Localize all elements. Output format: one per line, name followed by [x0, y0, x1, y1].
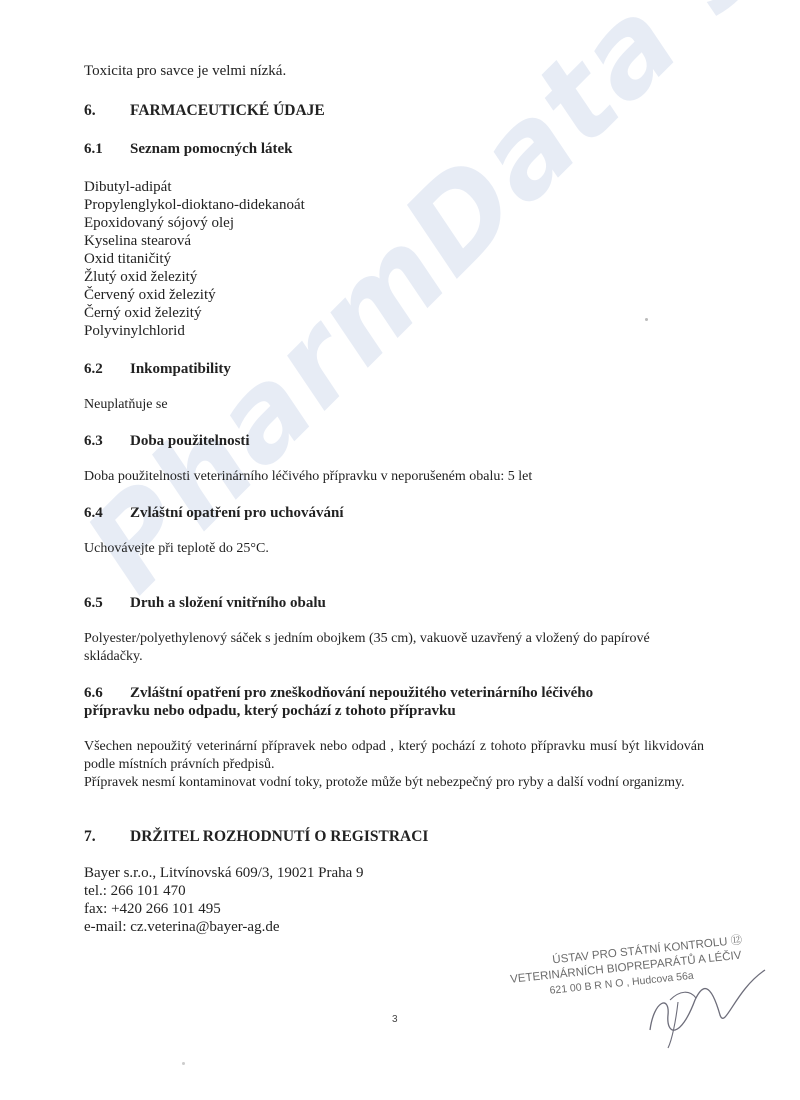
- section-title: Druh a složení vnitřního obalu: [130, 594, 326, 612]
- list-item: Černý oxid železitý: [84, 304, 704, 322]
- section-6-5-heading: 6.5 Druh a složení vnitřního obalu: [84, 594, 704, 612]
- section-title: Doba použitelnosti: [130, 432, 250, 450]
- section-6-2-heading: 6.2 Inkompatibility: [84, 360, 704, 378]
- holder-phone: tel.: 266 101 470: [84, 882, 704, 900]
- section-6-2-text: Neuplatňuje se: [84, 396, 704, 414]
- section-6-4-text: Uchovávejte při teplotě do 25°C.: [84, 540, 704, 558]
- scan-speck: [182, 1062, 185, 1065]
- holder-address: Bayer s.r.o., Litvínovská 609/3, 19021 P…: [84, 864, 704, 882]
- list-item: Propylenglykol-dioktano-didekanoát: [84, 196, 704, 214]
- section-6-1-heading: 6.1 Seznam pomocných látek: [84, 140, 704, 158]
- document-content: Toxicita pro savce je velmi nízká. 6. FA…: [84, 62, 704, 936]
- list-item: Polyvinylchlorid: [84, 322, 704, 340]
- registration-holder-details: Bayer s.r.o., Litvínovská 609/3, 19021 P…: [84, 864, 704, 936]
- holder-email: e-mail: cz.veterina@bayer-ag.de: [84, 918, 704, 936]
- signature-icon: [640, 960, 770, 1050]
- intro-text: Toxicita pro savce je velmi nízká.: [84, 62, 704, 80]
- list-item: Dibutyl-adipát: [84, 178, 704, 196]
- section-title: DRŽITEL ROZHODNUTÍ O REGISTRACI: [130, 828, 428, 846]
- section-title: Zvláštní opatření pro zneškodňování nepo…: [130, 684, 593, 702]
- section-number: 6.5: [84, 594, 130, 612]
- page-number: 3: [392, 1014, 398, 1025]
- holder-fax: fax: +420 266 101 495: [84, 900, 704, 918]
- section-6-3-text: Doba použitelnosti veterinárního léčivéh…: [84, 468, 704, 486]
- section-6-4-heading: 6.4 Zvláštní opatření pro uchovávání: [84, 504, 704, 522]
- section-number: 7.: [84, 828, 130, 846]
- section-number: 6.6: [84, 684, 130, 702]
- section-number: 6.: [84, 102, 130, 120]
- section-6-5-text: Polyester/polyethylenový sáček s jedním …: [84, 630, 689, 666]
- section-number: 6.1: [84, 140, 130, 158]
- section-number: 6.2: [84, 360, 130, 378]
- document-page: PharmData s.r.o. Toxicita pro savce je v…: [0, 0, 800, 1100]
- section-7-heading: 7. DRŽITEL ROZHODNUTÍ O REGISTRACI: [84, 828, 704, 846]
- excipient-list: Dibutyl-adipát Propylenglykol-dioktano-d…: [84, 178, 704, 340]
- section-6-heading: 6. FARMACEUTICKÉ ÚDAJE: [84, 102, 704, 120]
- section-6-6-text-1: Všechen nepoužitý veterinární přípravek …: [84, 738, 704, 774]
- section-number: 6.4: [84, 504, 130, 522]
- list-item: Kyselina stearová: [84, 232, 704, 250]
- list-item: Červený oxid železitý: [84, 286, 704, 304]
- list-item: Epoxidovaný sójový olej: [84, 214, 704, 232]
- section-title: Seznam pomocných látek: [130, 140, 293, 158]
- list-item: Oxid titaničitý: [84, 250, 704, 268]
- section-6-6-heading-continued: přípravku nebo odpadu, který pochází z t…: [84, 702, 704, 720]
- section-title: Zvláštní opatření pro uchovávání: [130, 504, 344, 522]
- section-number: 6.3: [84, 432, 130, 450]
- section-title: Inkompatibility: [130, 360, 231, 378]
- section-title: FARMACEUTICKÉ ÚDAJE: [130, 102, 325, 120]
- section-6-6-text-2: Přípravek nesmí kontaminovat vodní toky,…: [84, 774, 704, 792]
- section-title: přípravku nebo odpadu, který pochází z t…: [84, 702, 456, 720]
- section-6-6-heading: 6.6 Zvláštní opatření pro zneškodňování …: [84, 684, 704, 702]
- list-item: Žlutý oxid železitý: [84, 268, 704, 286]
- section-6-3-heading: 6.3 Doba použitelnosti: [84, 432, 704, 450]
